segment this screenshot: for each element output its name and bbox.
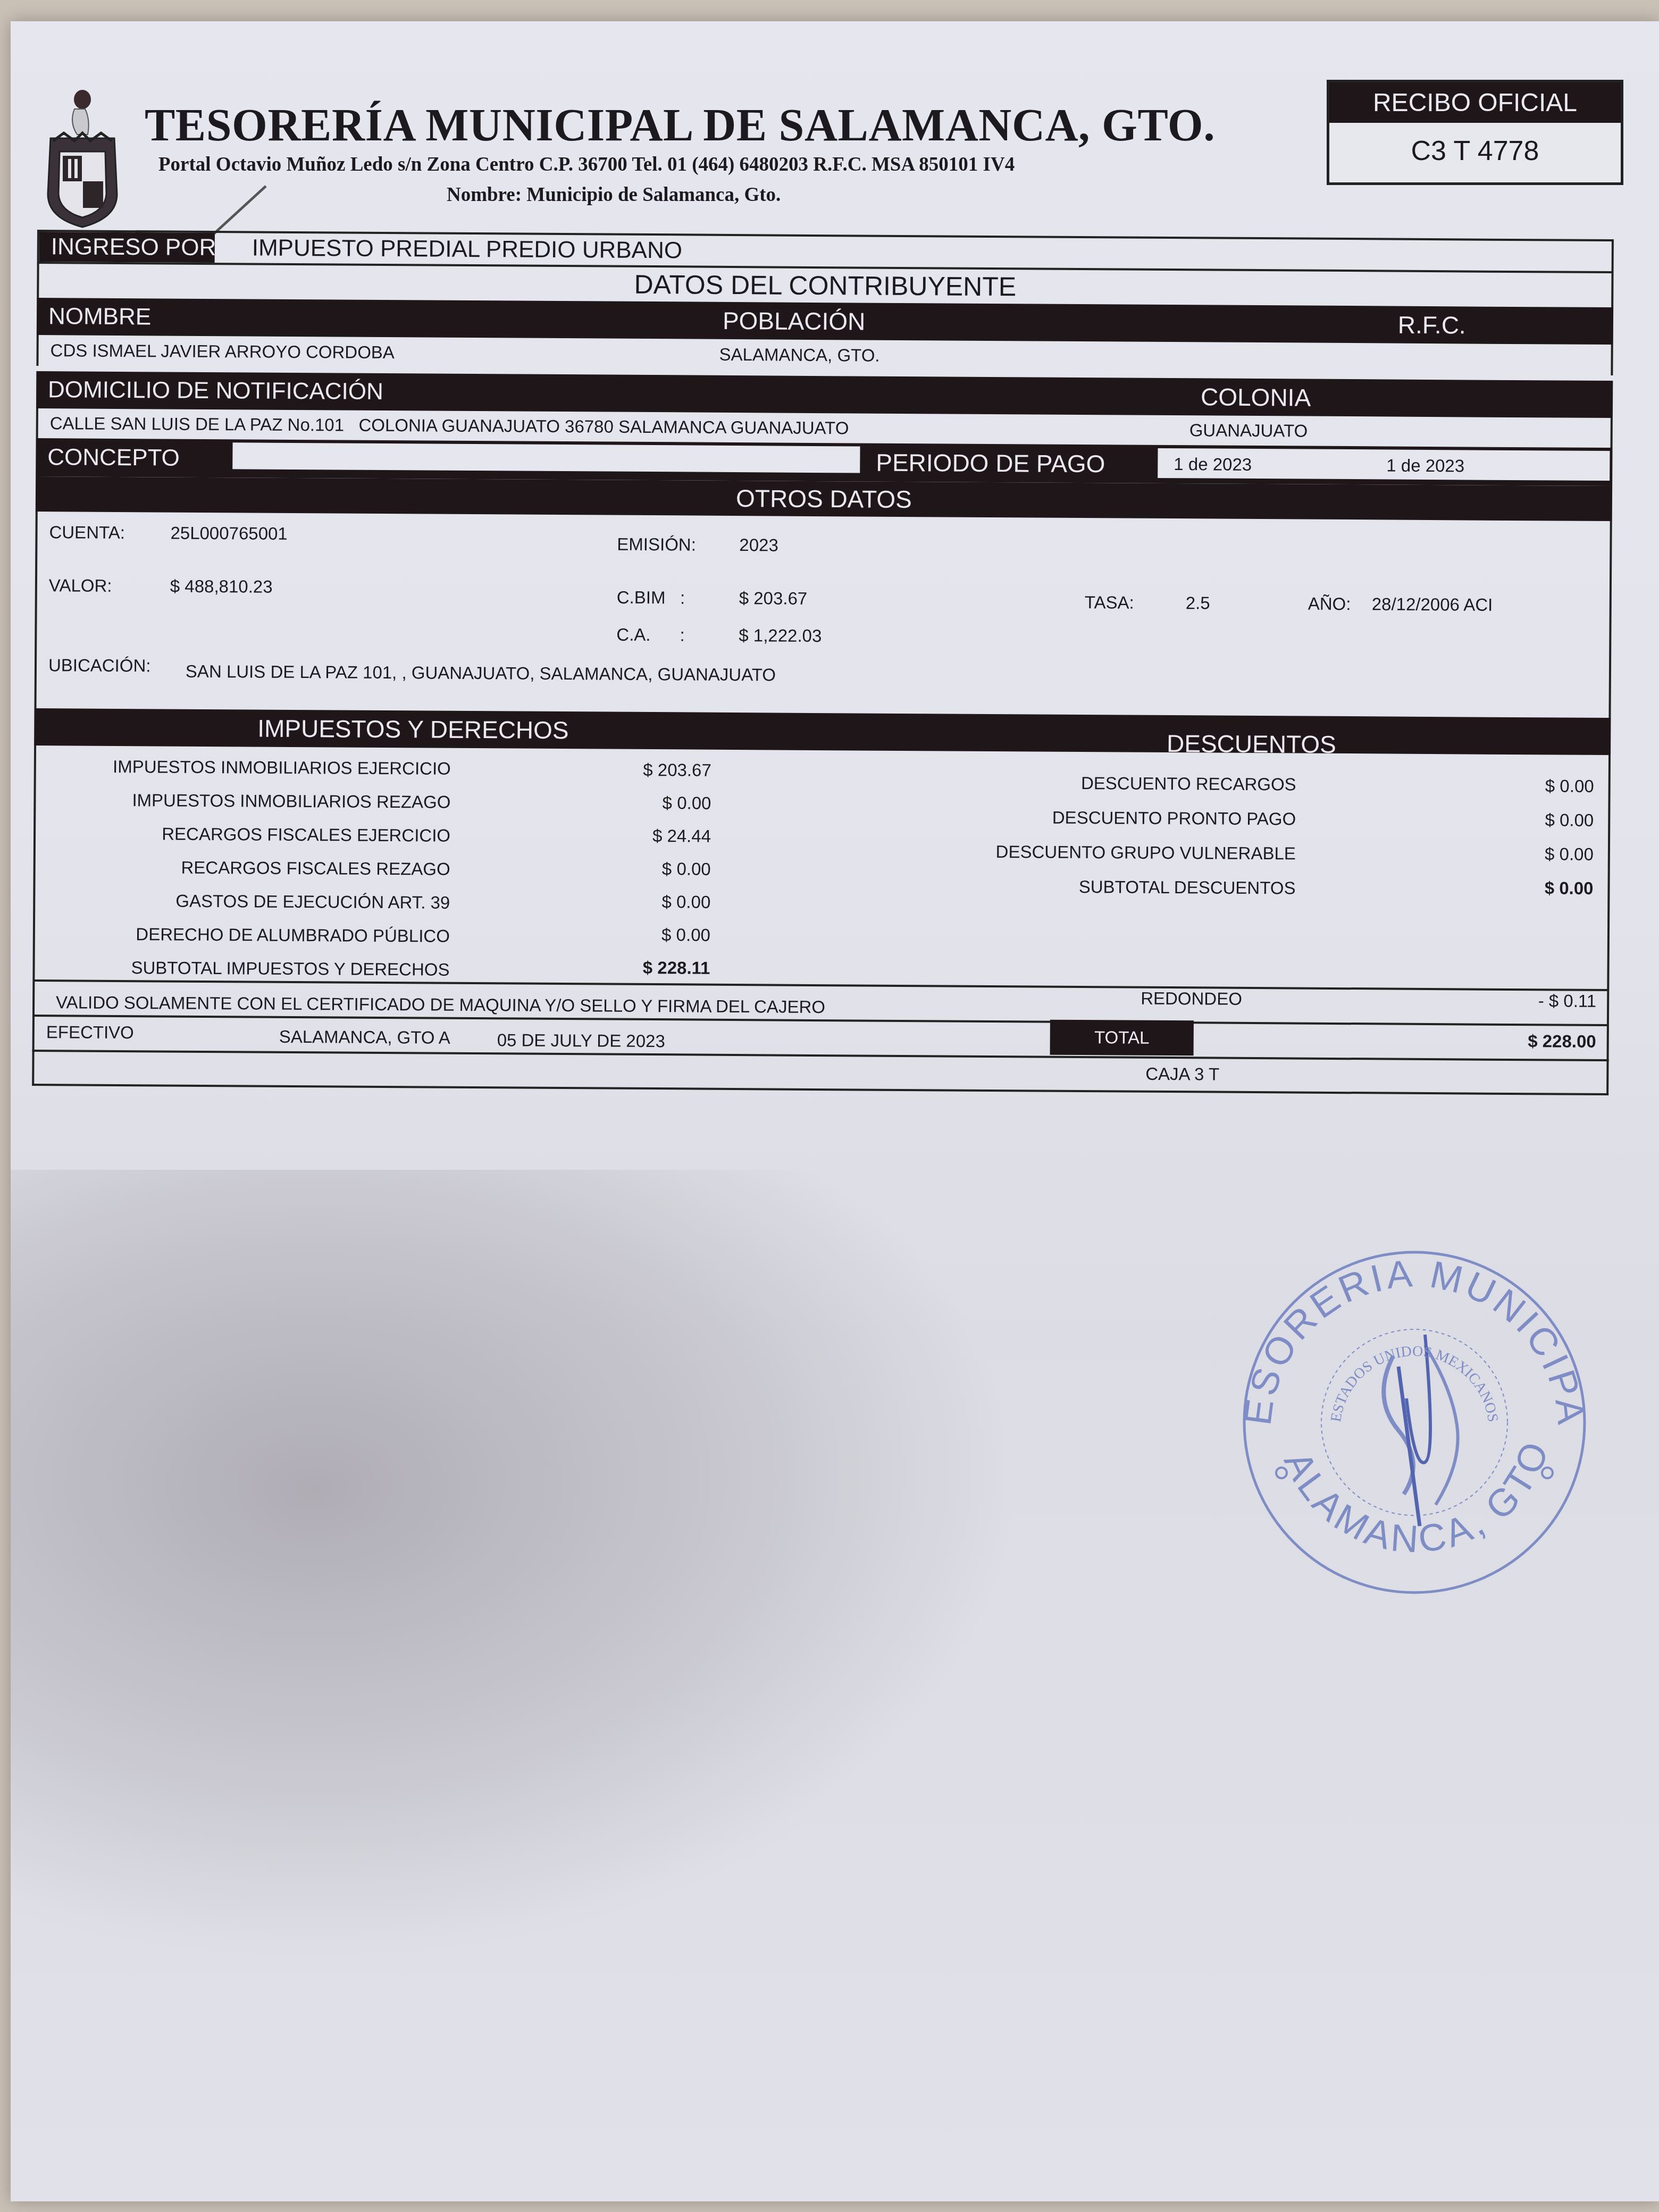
impuestos-item-label: RECARGOS FISCALES REZAGO <box>181 858 450 879</box>
cbim-value: $ 203.67 <box>739 588 808 609</box>
domicilio-label: DOMICILIO DE NOTIFICACIÓN <box>36 376 383 405</box>
colonia-label: COLONIA <box>1201 382 1311 412</box>
contribuyente-nombre: CDS ISMAEL JAVIER ARROYO CORDOBA <box>50 340 395 363</box>
tasa-value: 2.5 <box>1186 593 1210 613</box>
impuestos-item-row: IMPUESTOS INMOBILIARIOS REZAGO$ 0.00 <box>36 788 727 824</box>
impuestos-item-amount: $ 0.00 <box>662 859 711 879</box>
descuentos-list: DESCUENTO RECARGOS$ 0.00DESCUENTO PRONTO… <box>834 772 1605 776</box>
official-receipt-box: RECIBO OFICIAL C3 T 4778 <box>1327 80 1623 185</box>
impuestos-descuentos-body: IMPUESTOS INMOBILIARIOS EJERCICIO$ 203.6… <box>32 745 1611 989</box>
validity-note: VALIDO SOLAMENTE CON EL CERTIFICADO DE M… <box>56 992 825 1017</box>
anio-label: AÑO: <box>1308 594 1351 614</box>
receipt-form: INGRESO POR IMPUESTO PREDIAL PREDIO URBA… <box>32 230 1614 1111</box>
concepto-value <box>232 442 860 473</box>
treasury-address: Portal Octavio Muñoz Ledo s/n Zona Centr… <box>158 153 1015 176</box>
payment-date: 05 DE JULY DE 2023 <box>497 1030 665 1051</box>
otros-datos-title: OTROS DATOS <box>736 484 912 514</box>
impuestos-item-amount: $ 0.00 <box>661 925 710 945</box>
ubicacion-value: SAN LUIS DE LA PAZ 101, , GUANAJUATO, SA… <box>186 661 776 685</box>
ca-label: C.A. : <box>616 625 685 646</box>
impuestos-item-amount: $ 0.00 <box>663 793 711 814</box>
anio-value: 28/12/2006 ACI <box>1372 594 1493 615</box>
ca-value: $ 1,222.03 <box>739 625 822 646</box>
cbim-label: C.BIM : <box>617 588 685 608</box>
impuestos-item-row: RECARGOS FISCALES EJERCICIO$ 24.44 <box>36 820 727 856</box>
receipt-number: C3 T 4778 <box>1329 123 1621 179</box>
treasury-seal-stamp: TESORERIA MUNICIPAL SALAMANCA, GTO. ESTA… <box>1223 1239 1606 1601</box>
colonia-value: GUANAJUATO <box>1189 420 1308 441</box>
emision-value: 2023 <box>739 535 778 555</box>
descuentos-item-amount: $ 0.00 <box>1545 776 1594 797</box>
impuestos-item-row: IMPUESTOS INMOBILIARIOS EJERCICIO$ 203.6… <box>36 756 727 792</box>
impuestos-list: IMPUESTOS INMOBILIARIOS EJERCICIO$ 203.6… <box>36 756 727 760</box>
ubicacion-label: UBICACIÓN: <box>48 655 151 676</box>
ingreso-label: INGRESO POR <box>39 232 215 263</box>
descuentos-item-row: DESCUENTO GRUPO VULNERABLE$ 0.00 <box>833 837 1604 875</box>
emision-label: EMISIÓN: <box>617 534 696 555</box>
periodo-label: PERIODO DE PAGO <box>876 448 1105 479</box>
periodo-hasta: 1 de 2023 <box>1386 456 1464 476</box>
descuentos-item-amount: $ 0.00 <box>1545 844 1594 865</box>
valor-value: $ 488,810.23 <box>170 576 273 597</box>
cuenta-value: 25L000765001 <box>170 523 287 544</box>
descuentos-subtotal-label: SUBTOTAL DESCUENTOS <box>1079 877 1296 898</box>
periodo-desde: 1 de 2023 <box>1174 454 1252 475</box>
domicilio-value: CALLE SAN LUIS DE LA PAZ No.101 COLONIA … <box>50 413 849 438</box>
rfc-label: R.F.C. <box>1398 311 1466 340</box>
contribuyente-poblacion: SALAMANCA, GTO. <box>719 345 879 366</box>
impuestos-subtotal-label: SUBTOTAL IMPUESTOS Y DERECHOS <box>131 958 449 980</box>
impuestos-item-row: DERECHO DE ALUMBRADO PÚBLICO$ 0.00 <box>35 916 726 952</box>
impuestos-item-label: DERECHO DE ALUMBRADO PÚBLICO <box>136 924 450 946</box>
descuentos-item-label: DESCUENTO PRONTO PAGO <box>1052 808 1296 829</box>
total-label: TOTAL <box>1050 1020 1194 1056</box>
nombre-label: NOMBRE <box>37 303 151 330</box>
otros-datos-body: CUENTA: 25L000765001 EMISIÓN: 2023 VALOR… <box>35 512 1612 718</box>
impuestos-item-row: GASTOS DE EJECUCIÓN ART. 39$ 0.00 <box>35 884 726 920</box>
impuestos-item-label: RECARGOS FISCALES EJERCICIO <box>162 824 450 845</box>
ingreso-value: IMPUESTO PREDIAL PREDIO URBANO <box>215 234 683 264</box>
descuentos-item-row: DESCUENTO PRONTO PAGO$ 0.00 <box>833 805 1604 842</box>
impuestos-item-amount: $ 0.00 <box>661 892 710 912</box>
tasa-label: TASA: <box>1085 592 1134 613</box>
impuestos-item-label: IMPUESTOS INMOBILIARIOS EJERCICIO <box>113 757 451 779</box>
descuentos-item-label: DESCUENTO RECARGOS <box>1081 773 1296 794</box>
total-amount: $ 228.00 <box>1528 1031 1596 1052</box>
poblacion-label: POBLACIÓN <box>723 306 866 336</box>
entity-name: Nombre: Municipio de Salamanca, Gto. <box>447 183 781 206</box>
svg-text:ESTADOS UNIDOS MEXICANOS: ESTADOS UNIDOS MEXICANOS <box>1328 1343 1501 1423</box>
impuestos-item-label: GASTOS DE EJECUCIÓN ART. 39 <box>175 891 450 913</box>
impuestos-title: IMPUESTOS Y DERECHOS <box>257 714 569 745</box>
caja-label: CAJA 3 T <box>1145 1064 1219 1085</box>
impuestos-subtotal-amount: $ 228.11 <box>643 958 710 978</box>
valor-label: VALOR: <box>49 575 112 596</box>
descuentos-subtotal-amount: $ 0.00 <box>1545 878 1594 899</box>
descuentos-item-row: DESCUENTO RECARGOS$ 0.00 <box>833 772 1604 809</box>
impuestos-item-row: RECARGOS FISCALES REZAGO$ 0.00 <box>35 852 726 888</box>
receipt-label: RECIBO OFICIAL <box>1329 82 1621 123</box>
cuenta-label: CUENTA: <box>49 522 125 543</box>
descuentos-subtotal-row: SUBTOTAL DESCUENTOS$ 0.00 <box>833 870 1604 908</box>
impuestos-item-label: IMPUESTOS INMOBILIARIOS REZAGO <box>132 790 450 812</box>
impuestos-item-amount: $ 203.67 <box>643 760 711 781</box>
seal-inner-text: ESTADOS UNIDOS MEXICANOS <box>1328 1343 1501 1423</box>
descuentos-item-amount: $ 0.00 <box>1545 810 1594 831</box>
treasury-title: TESORERÍA MUNICIPAL DE SALAMANCA, GTO. <box>145 98 1215 152</box>
impuestos-item-amount: $ 24.44 <box>652 826 711 847</box>
municipal-crest-icon <box>37 88 128 234</box>
impuestos-subtotal-row: SUBTOTAL IMPUESTOS Y DERECHOS$ 228.11 <box>35 948 726 984</box>
payment-place: SALAMANCA, GTO A <box>279 1027 450 1048</box>
descuentos-item-label: DESCUENTO GRUPO VULNERABLE <box>996 842 1296 864</box>
payment-method: EFECTIVO <box>46 1022 134 1043</box>
redondeo-amount: - $ 0.11 <box>1538 991 1597 1011</box>
redondeo-label: REDONDEO <box>1141 988 1242 1009</box>
concepto-label: CONCEPTO <box>36 444 180 472</box>
contribuyente-title: DATOS DEL CONTRIBUYENTE <box>634 269 1016 302</box>
